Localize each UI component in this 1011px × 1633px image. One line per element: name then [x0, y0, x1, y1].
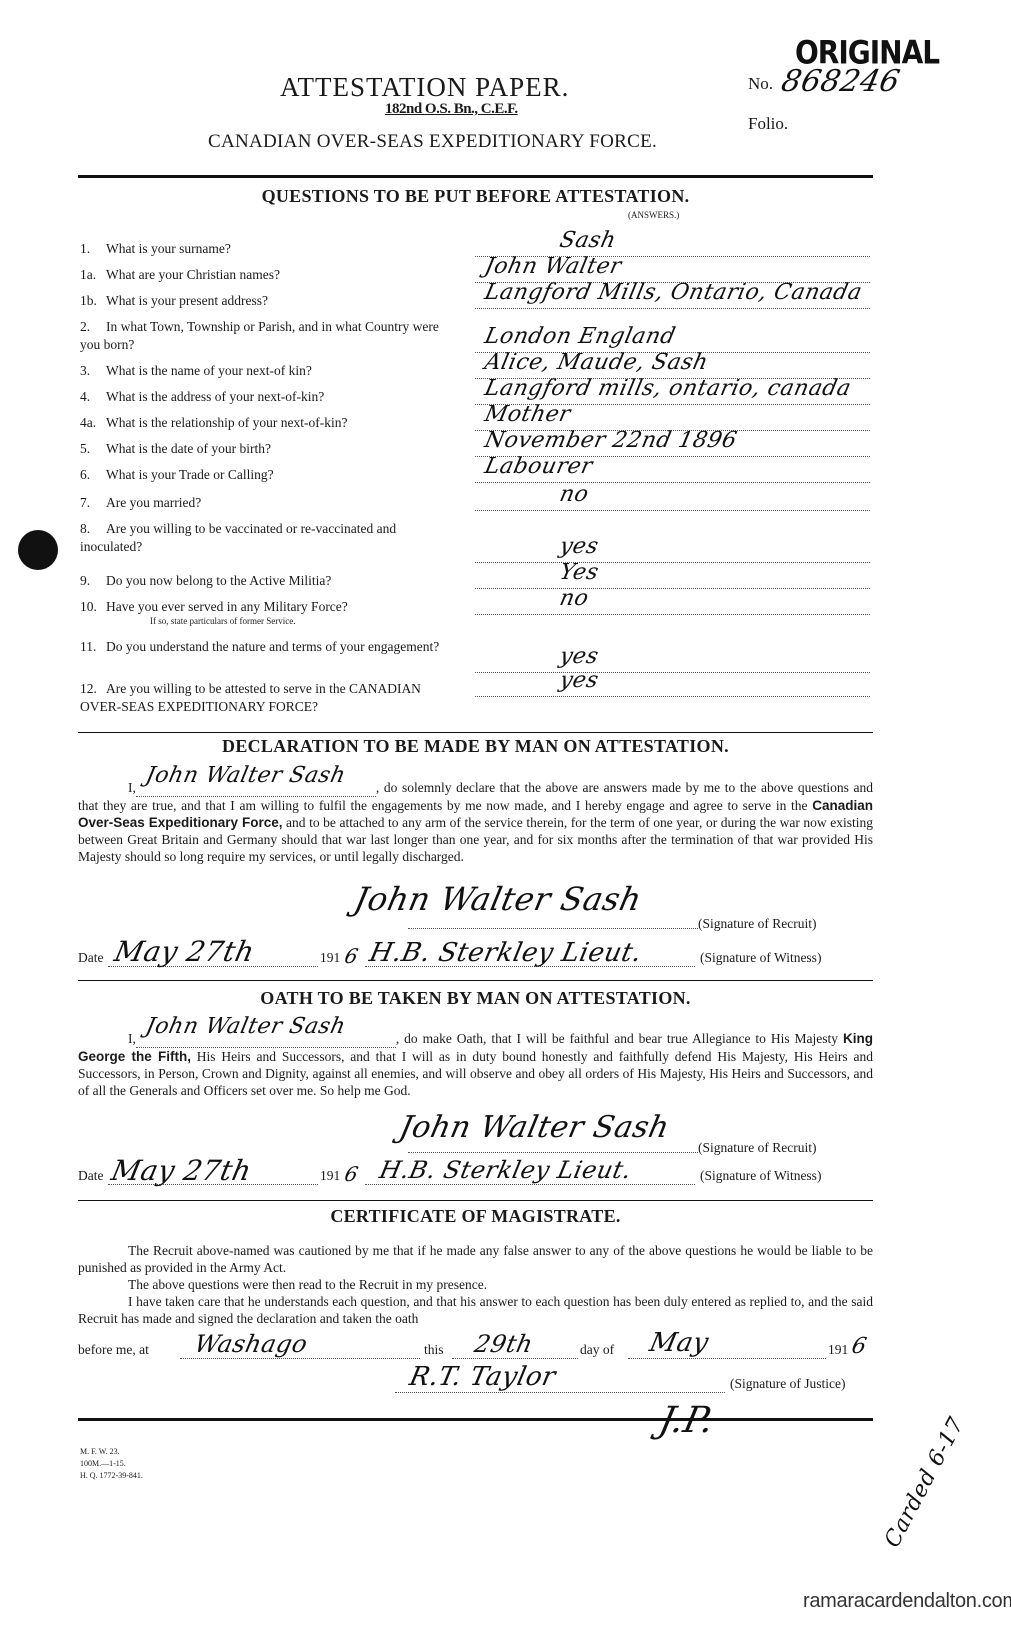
answer-value: Mother [482, 402, 573, 427]
question-text: What is the date of your birth? [106, 441, 271, 456]
cert-year-suffix: 6 [849, 1334, 869, 1359]
oath-witness-signature-label: (Signature of Witness) [700, 1168, 821, 1184]
certificate-para-3: I have taken care that he understands ea… [78, 1293, 873, 1327]
divider [78, 980, 873, 981]
form-code: 100M.—1-15. [80, 1458, 143, 1470]
answer-value: yes [557, 644, 601, 669]
divider [78, 732, 873, 733]
question-number: 10. [80, 598, 106, 616]
question-row: 11.Do you understand the nature and term… [80, 638, 450, 656]
question-text: What is the address of your next-of-kin? [106, 389, 324, 404]
cert-year-prefix: 191 [828, 1342, 848, 1358]
oath-witness-signature: H.B. Sterkley Lieut. [377, 1156, 634, 1184]
oath-name-field[interactable]: John Walter Sash [136, 1030, 396, 1048]
question-row: 5.What is the date of your birth? [80, 440, 450, 458]
recruit-signature: John Walter Sash [351, 880, 645, 918]
before-me-label: before me, at [78, 1342, 149, 1358]
question-text: Are you married? [106, 495, 201, 510]
recruit-signature-label: (Signature of Recruit) [698, 916, 816, 932]
question-row: 4.What is the address of your next-of-ki… [80, 388, 450, 406]
question-number: 1b. [80, 292, 106, 310]
justice-signature-label: (Signature of Justice) [730, 1376, 845, 1392]
answer-field[interactable] [475, 308, 870, 309]
oath-body-2: His Heirs and Successors, and that I wil… [78, 1049, 873, 1098]
answer-field[interactable] [475, 510, 870, 511]
oath-prefix: I, [78, 1031, 136, 1046]
question-text: What is the relationship of your next-of… [106, 415, 347, 430]
declaration-text: I,John Walter Sash , do solemnly declare… [78, 779, 873, 865]
certificate-heading: CERTIFICATE OF MAGISTRATE. [78, 1206, 873, 1227]
answer-value: Yes [557, 560, 601, 585]
question-number: 7. [80, 494, 106, 512]
divider [78, 1418, 873, 1421]
oath-year-suffix: 6 [342, 1162, 360, 1186]
question-text: Do you now belong to the Active Militia? [106, 573, 331, 588]
oath-date-label: Date [78, 1168, 103, 1184]
place-value: Washago [192, 1330, 310, 1358]
question-number: 6. [80, 466, 106, 484]
regimental-number-label: No. [748, 74, 773, 94]
oath-recruit-signature-label: (Signature of Recruit) [698, 1140, 816, 1156]
question-number: 11. [80, 638, 106, 656]
document-title: ATTESTATION PAPER. [280, 72, 569, 103]
witness-signature: H.B. Sterkley Lieut. [367, 938, 645, 968]
margin-note: Carded 6-17 [880, 1413, 969, 1552]
question-text: What are your Christian names? [106, 267, 280, 282]
question-number: 2. [80, 318, 106, 336]
question-row: 2.In what Town, Township or Parish, and … [80, 318, 450, 354]
question-row: 4a.What is the relationship of your next… [80, 414, 450, 432]
answer-field[interactable] [475, 614, 870, 615]
oath-text: I,John Walter Sash , do make Oath, that … [78, 1030, 873, 1099]
day-of-label: day of [580, 1342, 614, 1358]
question-number: 8. [80, 520, 106, 538]
answer-value: Langford Mills, Ontario, Canada [482, 280, 864, 305]
year-suffix: 6 [342, 944, 360, 968]
declaration-name: John Walter Sash [144, 767, 347, 784]
question-text: What is your Trade or Calling? [106, 467, 274, 482]
form-code: H. Q. 1772-39-841. [80, 1470, 143, 1482]
answer-field[interactable] [475, 696, 870, 697]
answer-value: yes [557, 668, 601, 693]
question-number: 3. [80, 362, 106, 380]
declaration-heading: DECLARATION TO BE MADE BY MAN ON ATTESTA… [78, 736, 873, 757]
question-row: 9.Do you now belong to the Active Militi… [80, 572, 450, 590]
day-value: 29th [472, 1330, 536, 1358]
oath-year-prefix: 191 [320, 1168, 340, 1184]
oath-name: John Walter Sash [144, 1018, 347, 1035]
certificate-text: The Recruit above-named was cautioned by… [78, 1242, 873, 1327]
justice-signature: R.T. Taylor [407, 1362, 559, 1392]
question-row: 6.What is your Trade or Calling? [80, 466, 450, 484]
this-label: this [424, 1342, 444, 1358]
answers-label: (ANSWERS.) [628, 210, 679, 220]
question-text: Are you willing to be vaccinated or re-v… [80, 521, 396, 554]
question-number: 12. [80, 680, 106, 698]
answer-field[interactable] [475, 672, 870, 673]
question-row: 3.What is the name of your next-of kin? [80, 362, 450, 380]
question-row: 7.Are you married? [80, 494, 450, 512]
oath-heading: OATH TO BE TAKEN BY MAN ON ATTESTATION. [78, 988, 873, 1009]
witness-signature-label: (Signature of Witness) [700, 950, 821, 966]
oath-recruit-signature: John Walter Sash [396, 1110, 672, 1145]
year-prefix: 191 [320, 950, 340, 966]
question-text: What is your surname? [106, 241, 231, 256]
question-number: 9. [80, 572, 106, 590]
question-text: Have you ever served in any Military For… [106, 599, 348, 614]
date-label: Date [78, 950, 103, 966]
question-number: 1a. [80, 266, 106, 284]
place-field[interactable] [180, 1358, 420, 1359]
question-row: 1b.What is your present address? [80, 292, 450, 310]
oath-body-1: , do make Oath, that I will be faithful … [396, 1031, 843, 1046]
question-text: What is your present address? [106, 293, 268, 308]
form-code: M. F. W. 23. [80, 1446, 143, 1458]
question-text: What is the name of your next-of kin? [106, 363, 312, 378]
answer-value: Langford mills, ontario, canada [482, 376, 853, 401]
certificate-para-1: The Recruit above-named was cautioned by… [78, 1242, 873, 1276]
force-name: CANADIAN OVER-SEAS EXPEDITIONARY FORCE. [208, 131, 657, 153]
oath-witness-signature-field[interactable] [365, 1184, 695, 1185]
answer-field[interactable] [475, 482, 870, 483]
answer-field[interactable] [475, 588, 870, 589]
question-text: Are you willing to be attested to serve … [80, 681, 421, 714]
answer-value: Alice, Maude, Sash [482, 350, 710, 375]
answer-value: Labourer [482, 454, 595, 479]
answer-value: no [557, 482, 591, 507]
watermark: ramaracardendalton.com [803, 1590, 1011, 1613]
answer-value: no [557, 586, 591, 611]
question-text: In what Town, Township or Parish, and in… [80, 319, 439, 352]
question-row: 10.Have you ever served in any Military … [80, 598, 450, 626]
punch-hole [18, 530, 58, 570]
answer-value: yes [557, 534, 601, 559]
answer-field[interactable] [475, 562, 870, 563]
question-row: 12.Are you willing to be attested to ser… [80, 680, 450, 716]
folio-label: Folio. [748, 114, 788, 134]
month-value: May [647, 1328, 712, 1358]
question-number: 1. [80, 240, 106, 258]
answer-value: John Walter [482, 254, 623, 279]
declaration-date: May 27th [111, 935, 257, 968]
answer-value: Sash [557, 228, 618, 253]
question-text: Do you understand the nature and terms o… [106, 639, 439, 654]
question-subtext: If so, state particulars of former Servi… [80, 616, 450, 626]
form-codes: M. F. W. 23. 100M.—1-15. H. Q. 1772-39-8… [80, 1446, 143, 1482]
day-field[interactable] [452, 1358, 578, 1359]
question-row: 1.What is your surname? [80, 240, 450, 258]
question-number: 5. [80, 440, 106, 458]
answer-value: London England [482, 324, 678, 349]
declaration-name-field[interactable]: John Walter Sash [136, 779, 376, 797]
oath-recruit-signature-field[interactable] [408, 1152, 698, 1153]
answer-value: November 22nd 1896 [482, 428, 739, 453]
recruit-signature-field[interactable] [408, 928, 698, 929]
regimental-number-value: 868246 [778, 64, 903, 99]
justice-signature-field[interactable] [395, 1392, 725, 1393]
battalion-unit: 182nd O.S. Bn., C.E.F. [385, 101, 518, 118]
month-field[interactable] [628, 1358, 826, 1359]
certificate-para-2: The above questions were then read to th… [78, 1276, 873, 1293]
questions-heading: QUESTIONS TO BE PUT BEFORE ATTESTATION. [78, 186, 873, 207]
question-row: 1a.What are your Christian names? [80, 266, 450, 284]
declaration-prefix: I, [78, 780, 136, 795]
oath-date: May 27th [108, 1154, 254, 1187]
divider [78, 1200, 873, 1201]
question-number: 4. [80, 388, 106, 406]
justice-title: J.P. [656, 1400, 718, 1441]
question-number: 4a. [80, 414, 106, 432]
divider [78, 175, 873, 178]
question-row: 8.Are you willing to be vaccinated or re… [80, 520, 450, 556]
